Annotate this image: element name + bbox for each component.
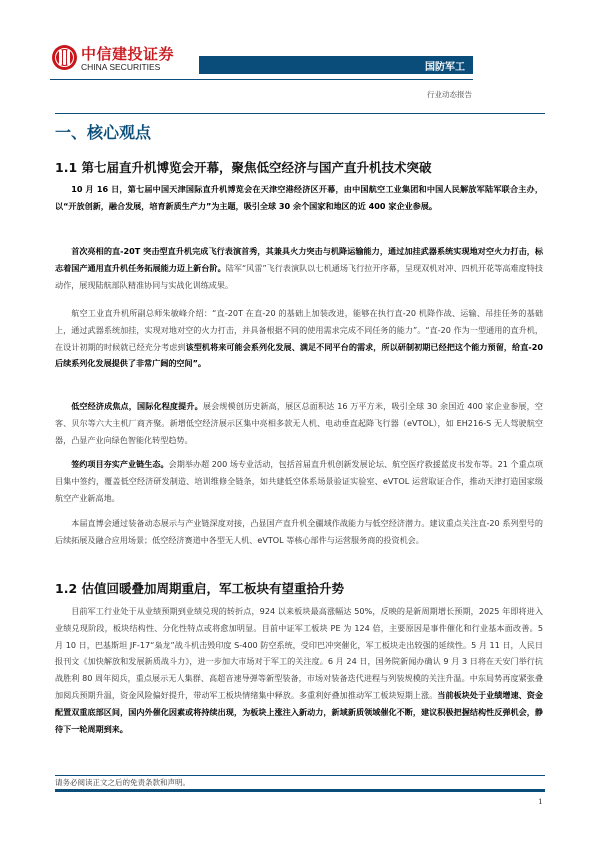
paragraph: 10 月 16 日，第七届中国天津国际直升机博览会在天津空港经济区开幕，由中国航… (55, 181, 543, 215)
header-divider (50, 79, 473, 80)
paragraph-text: 本届直博会通过装备动态展示与产业链深度对接，凸显国产直升机全疆域作战能力与低空经… (55, 518, 543, 545)
paragraph-bold: 10 月 16 日，第七届中国天津国际直升机博览会在天津空港经济区开幕，由中国航… (55, 184, 543, 211)
brand-name-cn: 中信建投证券 (81, 43, 174, 64)
page-number: 1 (538, 797, 543, 806)
footer-divider-thick (55, 789, 545, 792)
subsection-title-1-2: 1.2 估值回暖叠加周期重启，军工板块有望重拾升势 (55, 579, 344, 597)
brand-name-en: CHINA SECURITIES (81, 62, 160, 72)
paragraph: 签约项目夯实产业链生态。会期举办超 200 场专业活动，包括首届直升机创新发展论… (55, 456, 543, 506)
section-title: 一、核心观点 (55, 120, 151, 143)
disclaimer-note: 请务必阅读正文之后的免责条款和声明。 (55, 777, 190, 788)
sector-banner: 国防军工 (199, 56, 473, 74)
paragraph-bold: 签约项目夯实产业链生态。 (71, 459, 168, 469)
citic-logo-icon (52, 45, 77, 70)
paragraph: 本届直博会通过装备动态展示与产业链深度对接，凸显国产直升机全疆域作战能力与低空经… (55, 515, 543, 549)
brand-logo: 中信建投证券 CHINA SECURITIES (52, 43, 182, 83)
section-divider (55, 113, 545, 114)
paragraph: 目前军工行业处于从业绩预期到业绩兑现的转折点，924 以来板块最高涨幅达 50%… (55, 603, 543, 737)
paragraph: 航空工业直升机所副总师朱敏峰介绍：“直-20T 在直-20 的基础上加装改进，能… (55, 305, 543, 372)
paragraph: 首次亮相的直-20T 突击型直升机完成飞行表演首秀，其兼具火力突击与机降运输能力… (55, 243, 543, 293)
report-type: 行业动态报告 (427, 89, 472, 100)
paragraph: 低空经济成焦点，国际化程度提升。展会规模创历史新高，展区总面积达 16 万平方米… (55, 398, 543, 448)
footer-divider-thin (55, 775, 545, 776)
subsection-title-1-1: 1.1 第七届直升机博览会开幕，聚焦低空经济与国产直升机技术突破 (55, 158, 432, 176)
paragraph-bold: 低空经济成焦点，国际化程度提升。 (71, 401, 203, 411)
sector-label: 国防军工 (425, 58, 465, 73)
paragraph-text: 目前军工行业处于从业绩预期到业绩兑现的转折点，924 以来板块最高涨幅达 50%… (55, 606, 543, 700)
